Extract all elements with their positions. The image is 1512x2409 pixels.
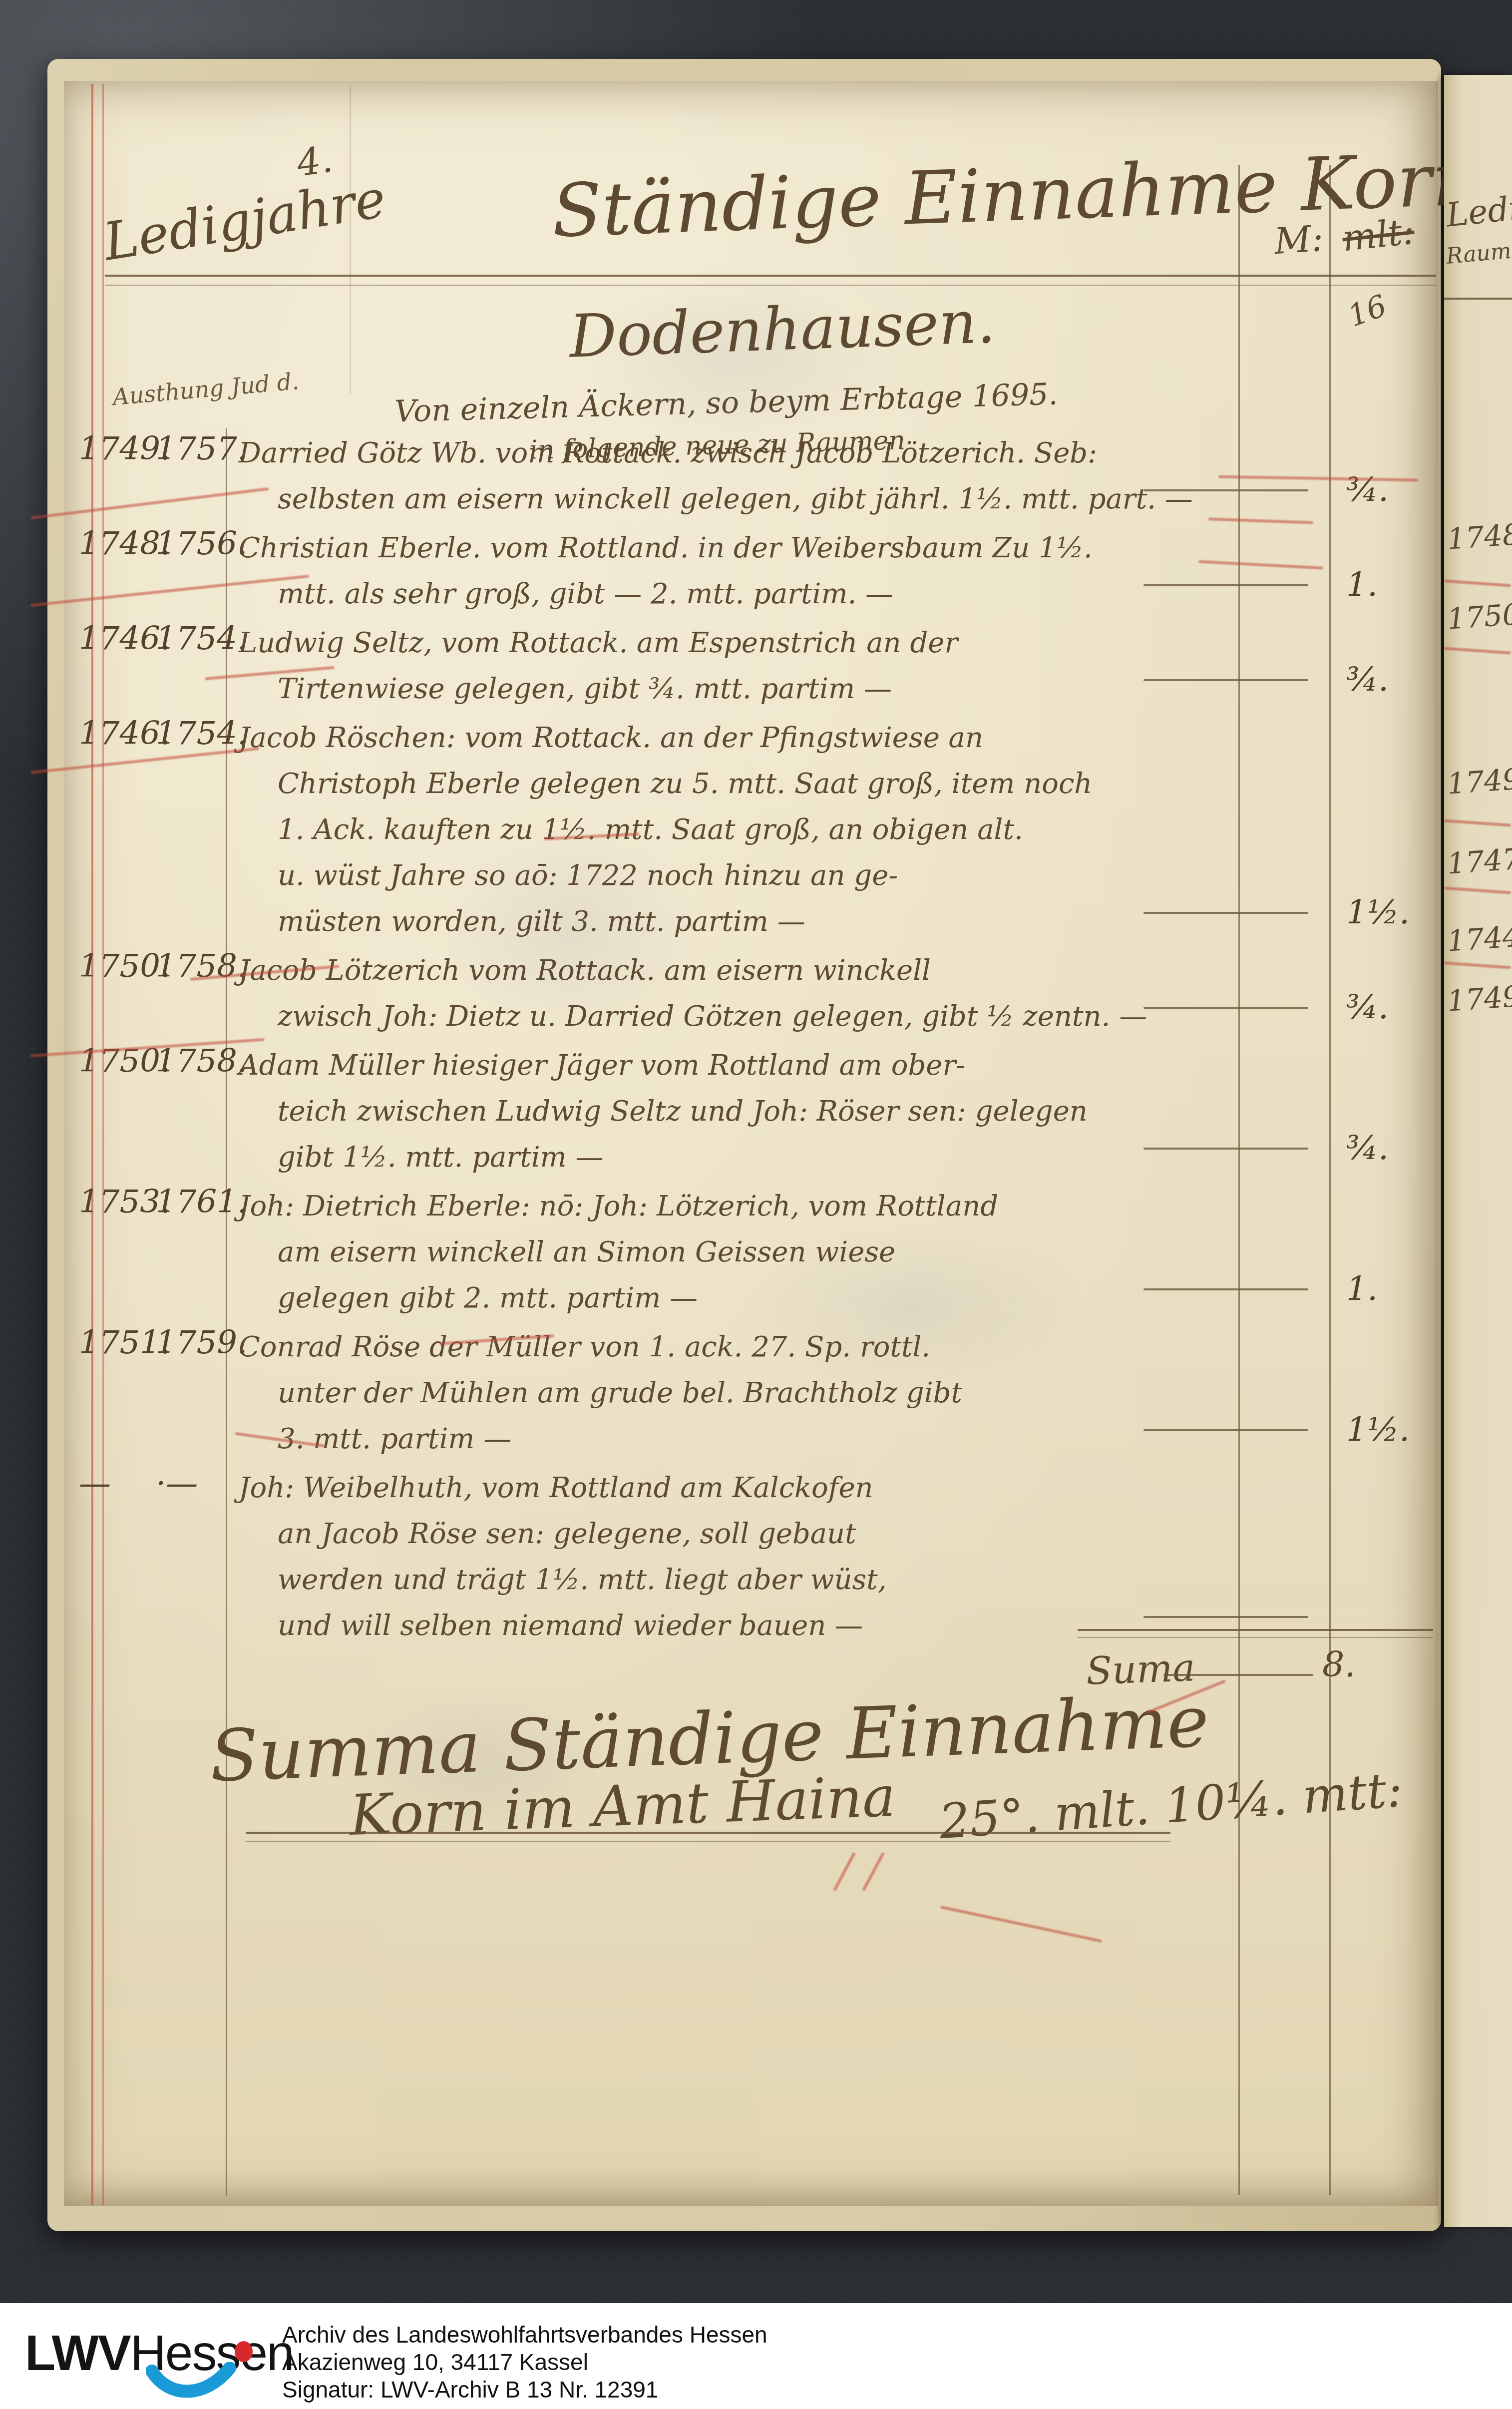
entry-line: selbsten am eisern winckell gelegen, gib…	[278, 476, 1157, 522]
sliver-year: 1747.	[1446, 841, 1512, 880]
entry-line: Conrad Röse der Müller von 1. ack. 27. S…	[239, 1324, 1157, 1370]
entry-line: Joh: Weibelhuth, vom Rottland am Kalckof…	[239, 1465, 1157, 1511]
summa-rule	[246, 1832, 1170, 1834]
entry-amount: 1½.	[1346, 1410, 1410, 1449]
entry-text: Ludwig Seltz, vom Rottack. am Espenstric…	[239, 620, 1157, 712]
entry-text: Joh: Dietrich Eberle: nō: Joh: Lötzerich…	[239, 1184, 1157, 1321]
entry-amount: ¾.	[1346, 988, 1389, 1026]
suma-value: 8.	[1322, 1644, 1356, 1685]
dash-leader	[1143, 679, 1308, 681]
next-page-sliver: Ledigja Raum. J. 1748. 1750. 1749. 1747.…	[1444, 75, 1512, 2227]
amount-column-rule	[1329, 165, 1331, 2195]
entry-line: 1. Ack. kauften zu 1½. mtt. Saat groß, a…	[278, 807, 1157, 853]
summa-rule-faint	[246, 1841, 1170, 1842]
crease-line	[350, 85, 351, 395]
entry-line: Christian Eberle. vom Rottland. in der W…	[239, 525, 1157, 571]
sliver-year: 1744.	[1446, 918, 1512, 958]
entry-line: werden und trägt 1½. mtt. liegt aber wüs…	[278, 1557, 1157, 1603]
dash-leader	[1143, 1288, 1308, 1290]
dash-leader	[1143, 584, 1308, 586]
entry-text: Christian Eberle. vom Rottland. in der W…	[239, 525, 1157, 617]
dash-leader	[1143, 1616, 1308, 1618]
red-chalk-stroke	[1444, 886, 1511, 894]
sliver-year: 1749.	[1446, 761, 1512, 801]
ledig-year-2: 1754.	[156, 715, 247, 752]
suma-rule	[1078, 1629, 1433, 1631]
entry-line: an Jacob Röse sen: gelegene, soll gebaut	[278, 1511, 1157, 1557]
archive-signature: Signatur: LWV-Archiv B 13 Nr. 12391	[282, 2376, 767, 2404]
entry-line: Ludwig Seltz, vom Rottack. am Espenstric…	[239, 620, 1157, 666]
entry-line: gelegen gibt 2. mtt. partim —	[278, 1275, 1157, 1321]
entry-line: Jacob Röschen: vom Rottack. an der Pfing…	[239, 715, 1157, 761]
year-column-rule	[226, 428, 227, 2196]
entry-line: Tirtenwiese gelegen, gibt ¾. mtt. partim…	[278, 666, 1157, 712]
entry-line: Adam Müller hiesiger Jäger vom Rottland …	[239, 1043, 1157, 1089]
entry-text: Darried Götz Wb. vom Rottack. zwisch Jac…	[239, 430, 1157, 522]
entry-line: und will selben niemand wieder bauen —	[278, 1603, 1157, 1649]
sliver-header-rule	[1444, 298, 1512, 300]
header-rule	[105, 275, 1436, 277]
entry-line: Jacob Lötzerich vom Rottack. am eisern w…	[239, 948, 1157, 994]
dash-leader	[1143, 1007, 1308, 1009]
entry-amount: 1½.	[1346, 893, 1410, 931]
sliver-header: Ledigja	[1445, 183, 1512, 235]
header-rule-faint	[105, 285, 1436, 286]
logo-red-dot-icon	[235, 2341, 253, 2362]
entry-line: mtt. als sehr groß, gibt — 2. mtt. parti…	[278, 571, 1157, 617]
entry-line: zwisch Joh: Dietz u. Darried Götzen gele…	[278, 994, 1157, 1040]
entry-text: Jacob Röschen: vom Rottack. an der Pfing…	[239, 715, 1157, 945]
entry-amount: ¾.	[1346, 660, 1389, 699]
entry-line: 3. mtt. partim —	[278, 1416, 1157, 1462]
red-margin-line	[102, 84, 104, 2205]
ledig-year-dash: —	[79, 1465, 111, 1502]
entry-line: Darried Götz Wb. vom Rottack. zwisch Jac…	[239, 430, 1157, 476]
entry-line: Christoph Eberle gelegen zu 5. mtt. Saat…	[278, 761, 1157, 807]
entry-line: Joh: Dietrich Eberle: nō: Joh: Lötzerich…	[239, 1184, 1157, 1229]
sliver-year: 1748.	[1446, 516, 1512, 556]
archive-street: Akazienweg 10, 34117 Kassel	[282, 2349, 767, 2376]
entry-line: u. wüst Jahre so aō: 1722 noch hinzu an …	[278, 853, 1157, 899]
sliver-year: 1749.	[1446, 978, 1512, 1018]
archive-address-block: Archiv des Landeswohlfahrtsverbandes Hes…	[282, 2321, 767, 2404]
dash-leader	[1143, 489, 1308, 491]
entry-text: Conrad Röse der Müller von 1. ack. 27. S…	[239, 1324, 1157, 1462]
red-chalk-stroke	[1444, 647, 1511, 654]
ledig-year-2: 1756.	[156, 525, 247, 562]
entry-amount: ¾.	[1346, 470, 1389, 509]
entry-text: Joh: Weibelhuth, vom Rottland am Kalckof…	[239, 1465, 1157, 1649]
entry-text: Adam Müller hiesiger Jäger vom Rottland …	[239, 1043, 1157, 1181]
ledig-year-2: 1759.	[156, 1324, 247, 1361]
ledig-year-2: 1758.	[156, 1043, 247, 1080]
amount-column-rule	[1238, 165, 1240, 2195]
entry-text: Jacob Lötzerich vom Rottack. am eisern w…	[239, 948, 1157, 1040]
entry-line: am eisern winckell an Simon Geissen wies…	[278, 1229, 1157, 1275]
sliver-year: 1750.	[1446, 596, 1512, 636]
ledig-year-2: 1757.	[156, 430, 247, 467]
archive-name: Archiv des Landeswohlfahrtsverbandes Hes…	[282, 2321, 767, 2349]
red-margin-line	[91, 84, 93, 2205]
suma-rule-faint	[1078, 1637, 1433, 1638]
red-chalk-stroke	[1444, 819, 1511, 826]
entry-line: gibt 1½. mtt. partim —	[278, 1135, 1157, 1181]
dash-leader	[1163, 1674, 1313, 1676]
unit-column-label-mlt: mlt:	[1340, 210, 1416, 260]
scanned-manuscript-photo: 4. Ledigjahre Ständige Einnahme Korn. M:…	[0, 0, 1512, 2409]
logo-blue-swoosh-icon	[146, 2362, 236, 2407]
red-chalk-stroke	[1444, 579, 1511, 587]
dash-leader	[1143, 1148, 1308, 1150]
entry-amount: 1.	[1346, 1269, 1378, 1308]
dash-leader	[1143, 912, 1308, 914]
unit-column-label-m: M:	[1273, 217, 1325, 263]
entry-line: teich zwischen Ludwig Seltz und Joh: Rös…	[278, 1089, 1157, 1135]
logo-lwv-text: LWV	[25, 2325, 130, 2381]
archive-footer: LWVHessen Archiv des Landeswohlfahrtsver…	[0, 2303, 1512, 2409]
entry-amount: 1.	[1346, 565, 1378, 604]
ledig-year-dash: ·—	[156, 1465, 198, 1502]
ledig-year-2: 1761.	[156, 1184, 247, 1220]
sliver-subheader: Raum. J.	[1445, 236, 1512, 269]
red-chalk-stroke	[1444, 961, 1511, 969]
dash-leader	[1143, 1429, 1308, 1431]
entry-line: müsten worden, gilt 3. mtt. partim —	[278, 899, 1157, 945]
entry-amount: ¾.	[1346, 1129, 1389, 1167]
entry-line: unter der Mühlen am grude bel. Brachthol…	[278, 1370, 1157, 1416]
ledig-year-2: 1754.	[156, 620, 247, 657]
